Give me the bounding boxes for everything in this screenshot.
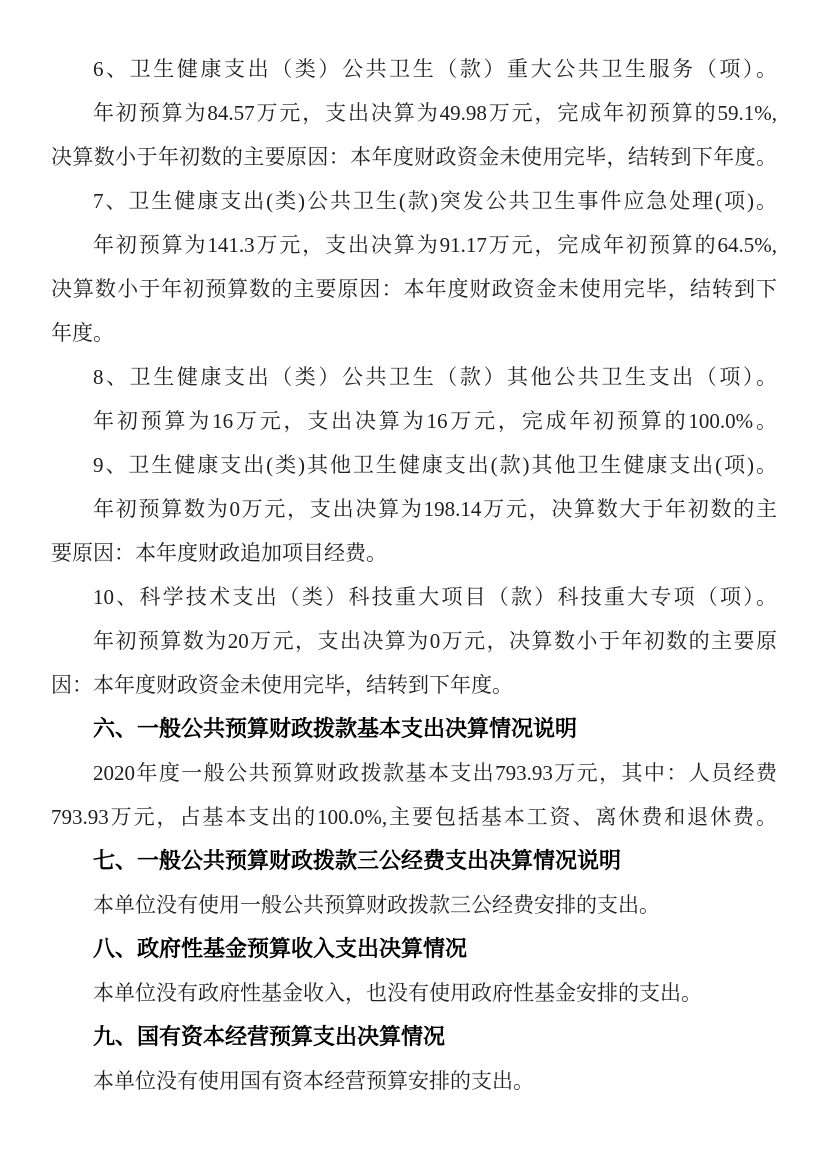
document-line: 6、卫生健康支出（类）公共卫生（款）重大公共卫生服务（项）。 — [51, 47, 777, 91]
document-line: 年初预算为16万元，支出决算为16万元，完成年初预算的100.0%。 — [51, 399, 777, 443]
document-line: 要原因：本年度财政追加项目经费。 — [51, 531, 777, 575]
document-line: 年初预算数为20万元，支出决算为0万元，决算数小于年初数的主要原 — [51, 619, 777, 663]
document-line: 本单位没有使用一般公共预算财政拨款三公经费安排的支出。 — [51, 883, 777, 927]
document-line: 10、科学技术支出（类）科技重大项目（款）科技重大专项（项）。 — [51, 575, 777, 619]
document-line: 决算数小于年初数的主要原因：本年度财政资金未使用完毕，结转到下年度。 — [51, 135, 777, 179]
document-line: 7、卫生健康支出(类)公共卫生(款)突发公共卫生事件应急处理(项)。 — [51, 179, 777, 223]
document-body: 6、卫生健康支出（类）公共卫生（款）重大公共卫生服务（项）。年初预算为84.57… — [51, 47, 777, 1103]
document-line: 本单位没有使用国有资本经营预算安排的支出。 — [51, 1059, 777, 1103]
document-line: 本单位没有政府性基金收入，也没有使用政府性基金安排的支出。 — [51, 971, 777, 1015]
document-line: 793.93万元，占基本支出的100.0%,主要包括基本工资、离休费和退休费。 — [51, 795, 777, 839]
document-line: 2020年度一般公共预算财政拨款基本支出793.93万元，其中：人员经费 — [51, 751, 777, 795]
section-heading: 九、国有资本经营预算支出决算情况 — [51, 1015, 777, 1059]
document-line: 年度。 — [51, 311, 777, 355]
document-line: 决算数小于年初预算数的主要原因：本年度财政资金未使用完毕，结转到下 — [51, 267, 777, 311]
section-heading: 八、政府性基金预算收入支出决算情况 — [51, 927, 777, 971]
section-heading: 六、一般公共预算财政拨款基本支出决算情况说明 — [51, 707, 777, 751]
document-line: 年初预算为141.3万元，支出决算为91.17万元，完成年初预算的64.5%, — [51, 223, 777, 267]
document-page: 6、卫生健康支出（类）公共卫生（款）重大公共卫生服务（项）。年初预算为84.57… — [0, 0, 827, 1170]
document-line: 8、卫生健康支出（类）公共卫生（款）其他公共卫生支出（项）。 — [51, 355, 777, 399]
document-line: 年初预算为84.57万元，支出决算为49.98万元，完成年初预算的59.1%, — [51, 91, 777, 135]
document-line: 9、卫生健康支出(类)其他卫生健康支出(款)其他卫生健康支出(项)。 — [51, 443, 777, 487]
document-line: 年初预算数为0万元，支出决算为198.14万元，决算数大于年初数的主 — [51, 487, 777, 531]
section-heading: 七、一般公共预算财政拨款三公经费支出决算情况说明 — [51, 839, 777, 883]
document-line: 因：本年度财政资金未使用完毕，结转到下年度。 — [51, 663, 777, 707]
